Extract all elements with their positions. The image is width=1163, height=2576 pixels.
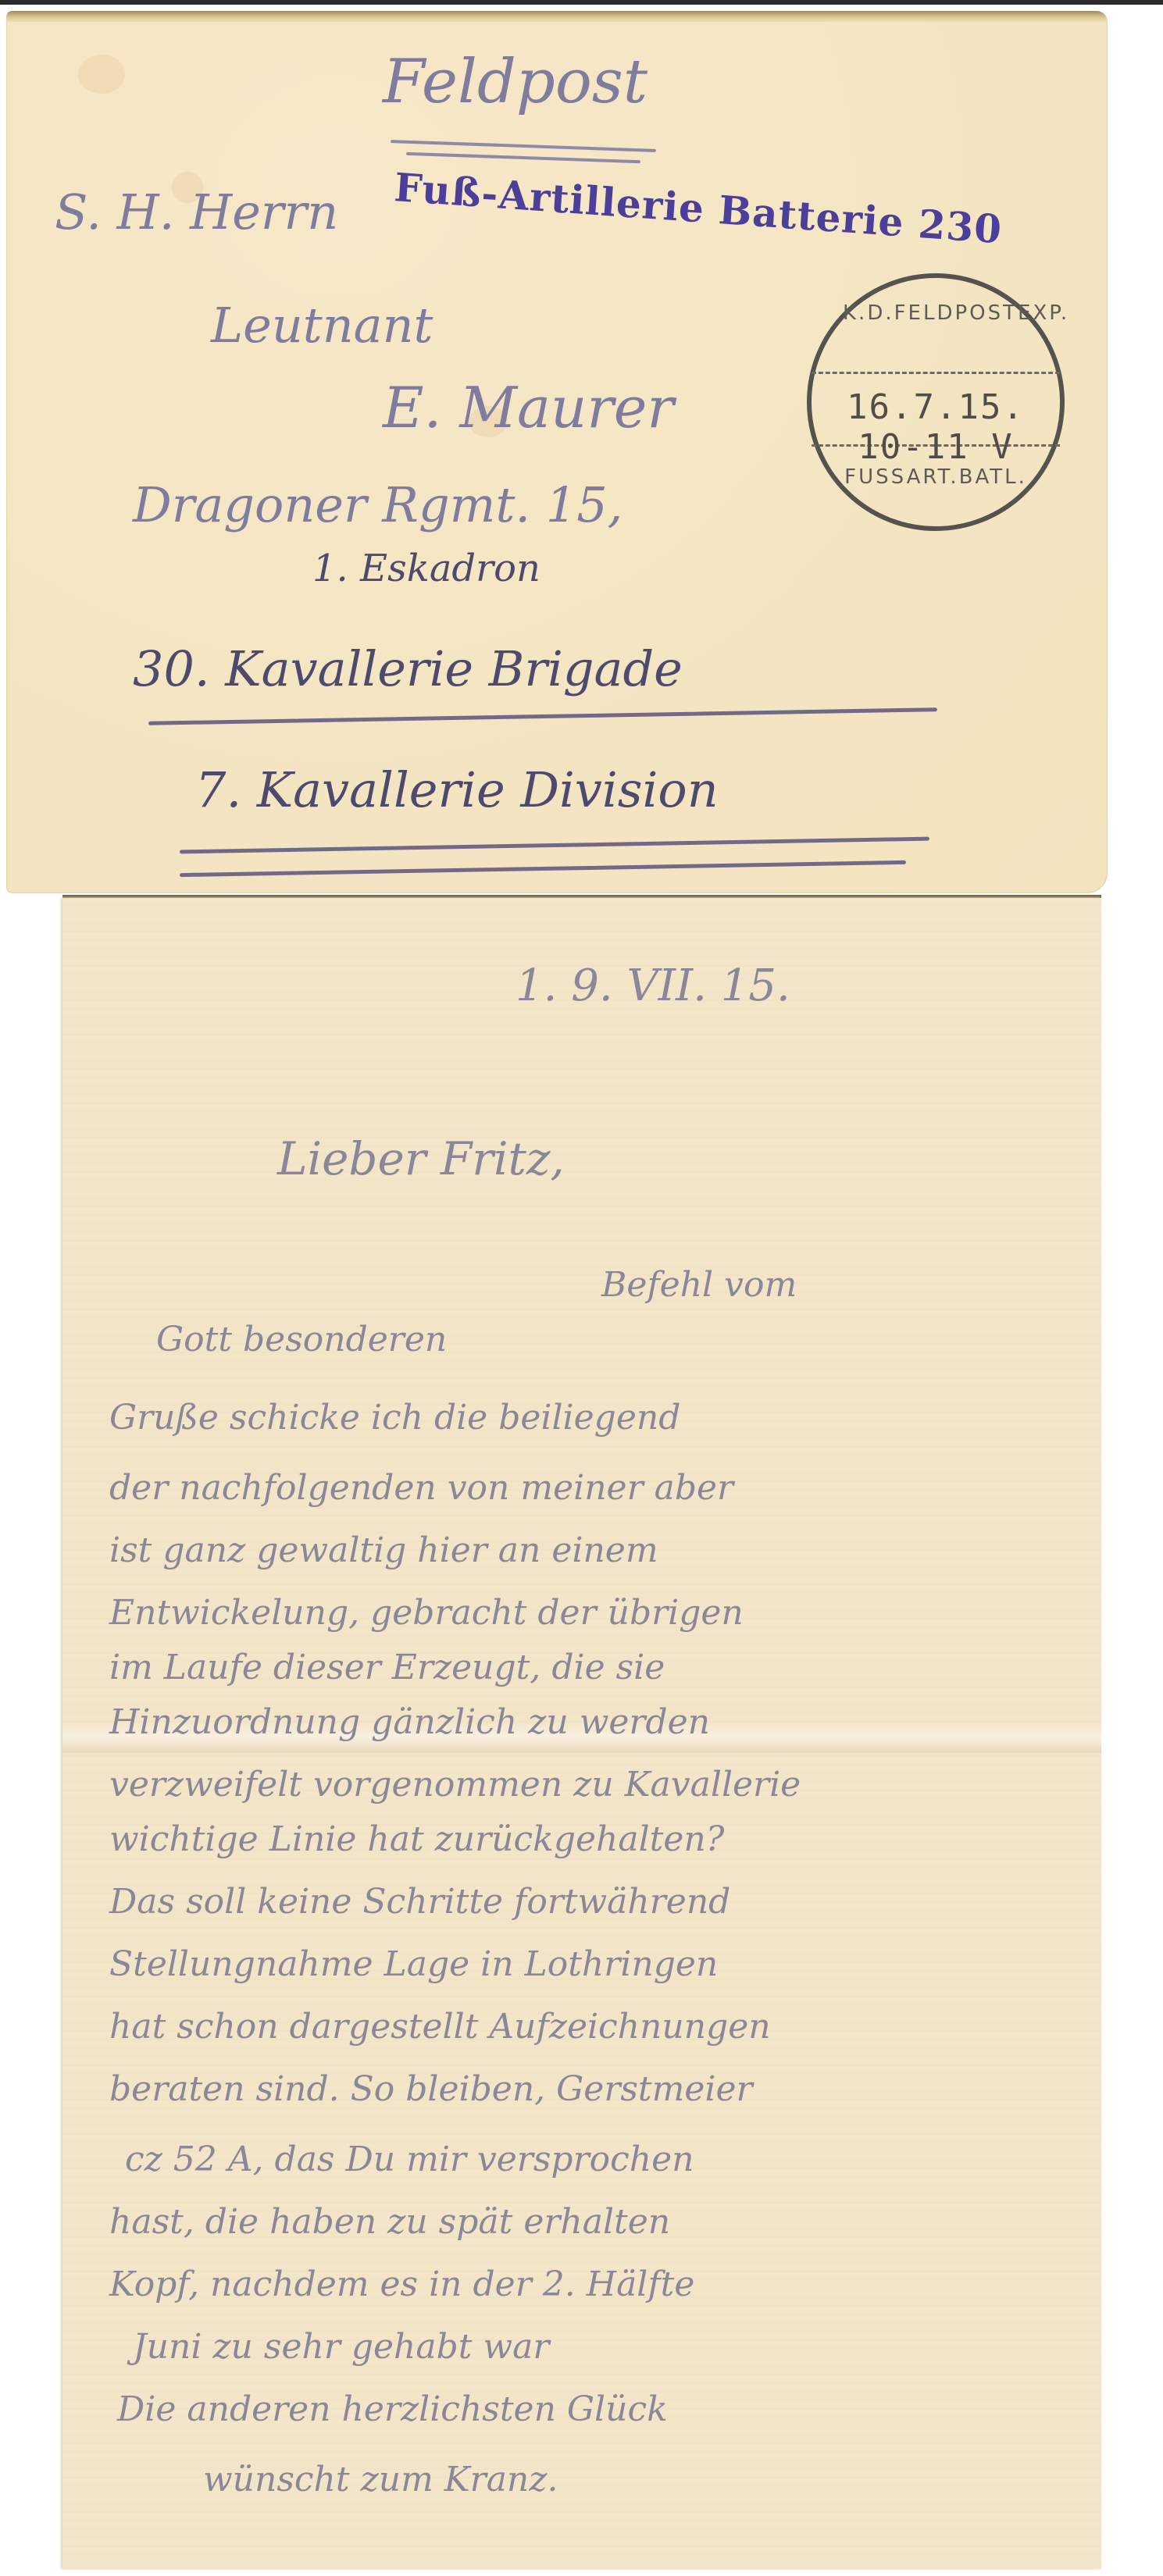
letter-line: Befehl vom (601, 1265, 797, 1305)
address-line: Dragoner Rgmt. 15, (133, 476, 623, 533)
letter-date: 1. 9. VII. 15. (516, 960, 790, 1011)
address-line: E. Maurer (383, 375, 674, 440)
postmark-top-text: K.D.FELDPOSTEXP. (843, 301, 1029, 325)
letter-salutation: Lieber Fritz, (277, 1132, 565, 1185)
letter-line: ist ganz gewaltig hier an einem (109, 1530, 658, 1570)
postmark-date: 16.7.15. 10-11 V (812, 387, 1060, 467)
feldpost-label: Feldpost (383, 47, 647, 117)
letter-line: Das soll keine Schritte fortwährend (109, 1882, 730, 1922)
address-line: 1. Eskadron (312, 547, 540, 590)
letter-line: Entwickelung, gebracht der übrigen (109, 1593, 744, 1633)
scan-top-border (0, 0, 1163, 5)
letter-line: beraten sind. So bleiben, Gerstmeier (109, 2069, 753, 2109)
envelope-top-edge (6, 11, 1108, 22)
letter-line: im Laufe dieser Erzeugt, die sie (109, 1648, 665, 1687)
postmark-bottom-text: FUSSART.BATL. (843, 465, 1029, 489)
letter-line: der nachfolgenden von meiner aber (109, 1468, 733, 1508)
postmark: K.D.FELDPOSTEXP. 16.7.15. 10-11 V FUSSAR… (807, 273, 1065, 531)
letter-line: hast, die haben zu spät erhalten (109, 2202, 670, 2242)
letter-line: cz 52 A, das Du mir versprochen (125, 2140, 694, 2179)
address-line: Leutnant (211, 297, 433, 354)
address-line: 7. Kavallerie Division (195, 761, 719, 818)
letter-line: Gott besonderen (156, 1320, 447, 1359)
letter-line: Hinzuordnung gänzlich zu werden (109, 1702, 710, 1742)
paper-stain (78, 55, 125, 94)
letter-line: Die anderen herzlichsten Glück (117, 2389, 668, 2429)
letter-line: Kopf, nachdem es in der 2. Hälfte (109, 2264, 694, 2304)
address-line: 30. Kavallerie Brigade (133, 640, 683, 697)
letter-line: Juni zu sehr gehabt war (133, 2327, 549, 2367)
letter-line: verzweifelt vorgenommen zu Kavallerie (109, 1765, 801, 1805)
letter-line: wichtige Linie hat zurückgehalten? (109, 1819, 724, 1859)
letter-line: Stellungnahme Lage in Lothringen (109, 1944, 718, 1984)
letter-line: Gruße schicke ich die beiliegend (109, 1398, 680, 1438)
letter-closing: wünscht zum Kranz. (203, 2460, 558, 2499)
address-line: S. H. Herrn (55, 183, 338, 240)
letter-line: hat schon dargestellt Aufzeichnungen (109, 2007, 771, 2047)
